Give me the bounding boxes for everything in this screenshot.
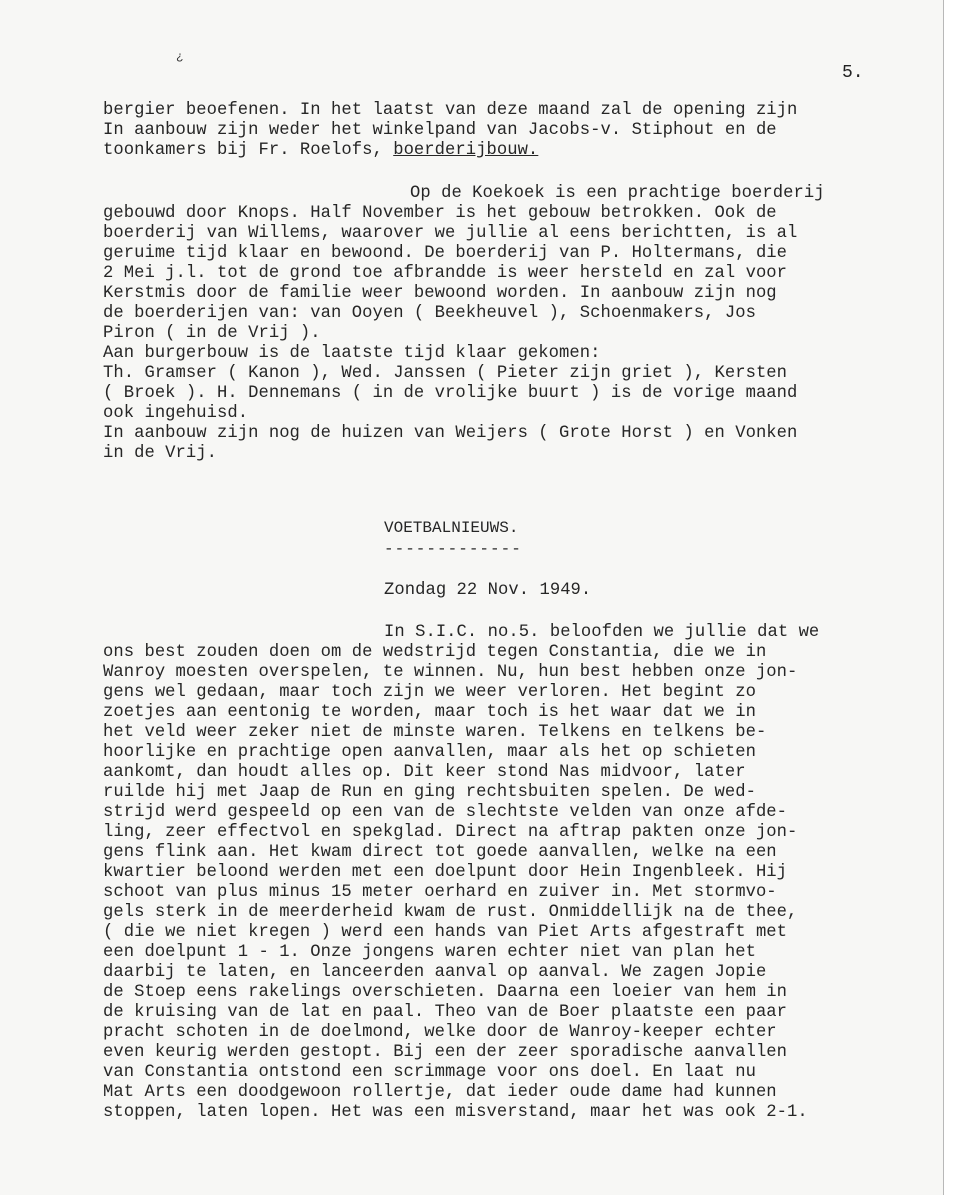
text-line: ( Broek ). H. Dennemans ( in de vrolijke… — [103, 384, 797, 403]
text-line: kwartier beloond werden met een doelpunt… — [103, 863, 787, 882]
text-line: hoorlijke en prachtige open aanvallen, m… — [103, 743, 756, 762]
text-line: zoetjes aan eentonig te worden, maar toc… — [103, 703, 756, 722]
text-line: ling, zeer effectvol en spekglad. Direct… — [103, 823, 797, 842]
text-line: bergier beoefenen. In het laatst van dez… — [103, 101, 797, 120]
text-line: van Constantia ontstond een scrimmage vo… — [103, 1063, 756, 1082]
text-line: gens wel gedaan, maar toch zijn we weer … — [103, 683, 756, 702]
corner-mark: ¿ — [176, 50, 183, 64]
text-line: ons best zouden doen om de wedstrijd teg… — [103, 643, 766, 662]
text-line: Th. Gramser ( Kanon ), Wed. Janssen ( Pi… — [103, 364, 787, 383]
text-line: de kruising van de lat en paal. Theo van… — [103, 1003, 787, 1022]
text-fragment: toonkamers bij Fr. Roelofs, — [103, 141, 393, 160]
text-line: gels sterk in de meerderheid kwam de rus… — [103, 903, 797, 922]
document-page: ¿ 5. bergier beoefenen. In het laatst va… — [0, 0, 943, 1195]
title-underline: ------------- — [384, 540, 522, 558]
text-line: aankomt, dan houdt alles op. Dit keer st… — [103, 763, 746, 782]
text-line: ook ingehuisd. — [103, 404, 248, 423]
text-line: gens flink aan. Het kwam direct tot goed… — [103, 843, 777, 862]
text-line: even keurig werden gestopt. Bij een der … — [103, 1043, 787, 1062]
text-line: Aan burgerbouw is de laatste tijd klaar … — [103, 344, 600, 363]
paragraph-start: Op de Koekoek is een prachtige boerderij — [410, 184, 825, 203]
underlined-text: boerderijbouw. — [393, 141, 538, 160]
text-line: Mat Arts een doodgewoon rollertje, dat i… — [103, 1083, 777, 1102]
text-line: een doelpunt 1 - 1. Onze jongens waren e… — [103, 943, 756, 962]
text-line: gebouwd door Knops. Half November is het… — [103, 204, 777, 223]
text-line: strijd werd gespeeld op een van de slech… — [103, 803, 787, 822]
text-line: In aanbouw zijn weder het winkelpand van… — [103, 121, 777, 140]
text-line: de boerderijen van: van Ooyen ( Beekheuv… — [103, 304, 756, 323]
page-number: 5. — [842, 63, 864, 83]
text-line: Piron ( in de Vrij ). — [103, 324, 321, 343]
text-line: Wanroy moesten overspelen, te winnen. Nu… — [103, 663, 797, 682]
text-line: ( die we niet kregen ) werd een hands va… — [103, 923, 787, 942]
text-line: geruime tijd klaar en bewoond. De boerde… — [103, 244, 787, 263]
text-line: ruilde hij met Jaap de Run en ging recht… — [103, 783, 756, 802]
text-line: 2 Mei j.l. tot de grond toe afbrandde is… — [103, 264, 787, 283]
text-line: Kerstmis door de familie weer bewoond wo… — [103, 284, 777, 303]
text-line: daarbij te laten, en lanceerden aanval o… — [103, 963, 766, 982]
text-line: toonkamers bij Fr. Roelofs, boerderijbou… — [103, 141, 538, 160]
text-line: boerderij van Willems, waarover we julli… — [103, 224, 797, 243]
text-line: In aanbouw zijn nog de huizen van Weijer… — [103, 424, 797, 443]
section-title: VOETBALNIEUWS. — [384, 519, 518, 537]
text-line: stoppen, laten lopen. Het was een misver… — [103, 1103, 808, 1122]
date-line: Zondag 22 Nov. 1949. — [384, 581, 591, 600]
text-line: pracht schoten in de doelmond, welke doo… — [103, 1023, 777, 1042]
page-edge — [943, 0, 944, 1195]
text-line: in de Vrij. — [103, 444, 217, 463]
paragraph-start: In S.I.C. no.5. beloofden we jullie dat … — [384, 623, 819, 642]
text-line: de Stoep eens rakelings overschieten. Da… — [103, 983, 787, 1002]
text-line: schoot van plus minus 15 meter oerhard e… — [103, 883, 777, 902]
text-line: het veld weer zeker niet de minste waren… — [103, 723, 766, 742]
